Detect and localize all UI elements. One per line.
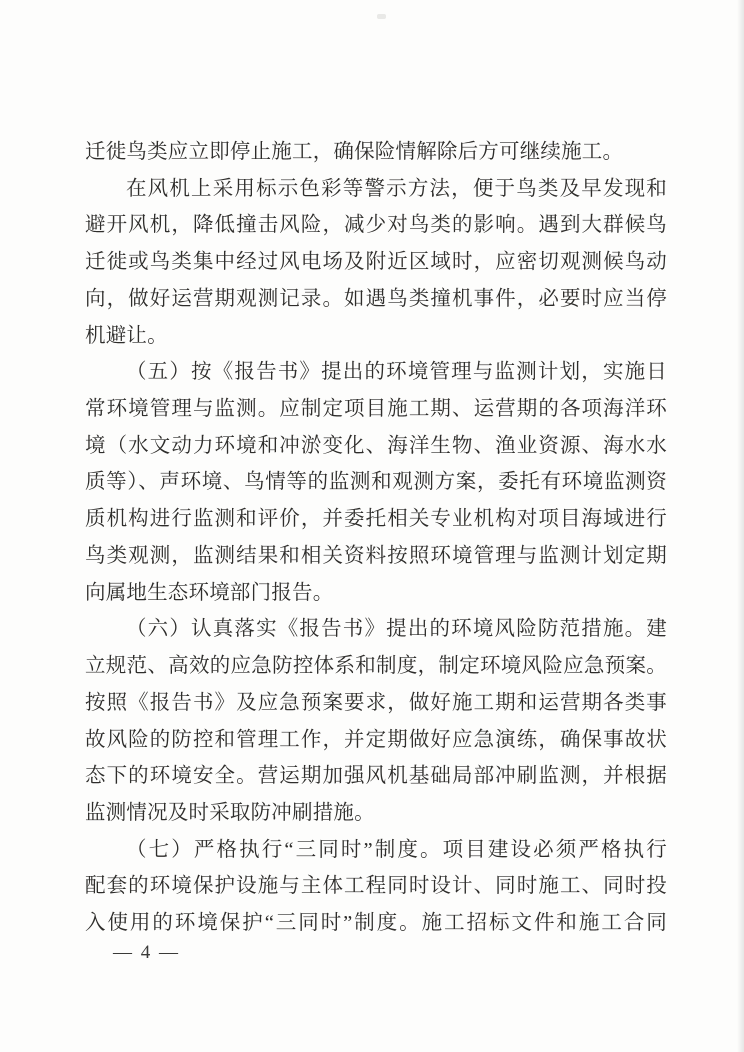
text-line: 故风险的防控和管理工作，并定期做好应急演练，确保事故状 <box>85 722 667 759</box>
text-line: 按照《报告书》及应急预案要求，做好施工期和运营期各类事 <box>85 685 667 722</box>
text-line: 质机构进行监测和评价，并委托相关专业机构对项目海域进行 <box>85 501 667 538</box>
text-line: （五）按《报告书》提出的环境管理与监测计划，实施日 <box>85 354 667 391</box>
text-line: 迁徙或鸟类集中经过风电场及附近区域时，应密切观测候鸟动 <box>85 244 667 281</box>
text-line: （七）严格执行“三同时”制度。项目建设必须严格执行 <box>85 832 667 869</box>
text-line: 在风机上采用标示色彩等警示方法，便于鸟类及早发现和 <box>85 171 667 208</box>
text-line: 常环境管理与监测。应制定项目施工期、运营期的各项海洋环 <box>85 391 667 428</box>
page-number: — 4 — <box>113 942 180 963</box>
text-line: 入使用的环境保护“三同时”制度。施工招标文件和施工合同 <box>85 905 667 942</box>
text-line: 监测情况及时采取防冲刷措施。 <box>85 795 667 832</box>
scan-artifact <box>377 14 386 19</box>
text-line: （六）认真落实《报告书》提出的环境风险防范措施。建 <box>85 611 667 648</box>
scan-edge-shadow <box>737 0 744 1052</box>
text-line: 鸟类观测，监测结果和相关资料按照环境管理与监测计划定期 <box>85 538 667 575</box>
text-line: 立规范、高效的应急防控体系和制度，制定环境风险应急预案。 <box>85 648 667 685</box>
text-line: 质等）、声环境、鸟情等的监测和观测方案，委托有环境监测资 <box>85 464 667 501</box>
document-body-text: 迁徙鸟类应立即停止施工，确保险情解除后方可继续施工。在风机上采用标示色彩等警示方… <box>85 134 667 942</box>
text-line: 机避让。 <box>85 318 667 355</box>
text-line: 态下的环境安全。营运期加强风机基础局部冲刷监测，并根据 <box>85 758 667 795</box>
text-line: 向属地生态环境部门报告。 <box>85 575 667 612</box>
text-line: 迁徙鸟类应立即停止施工，确保险情解除后方可继续施工。 <box>85 134 667 171</box>
text-line: 配套的环境保护设施与主体工程同时设计、同时施工、同时投 <box>85 868 667 905</box>
text-line: 境（水文动力环境和冲淤变化、海洋生物、渔业资源、海水水 <box>85 428 667 465</box>
text-line: 向，做好运营期观测记录。如遇鸟类撞机事件，必要时应当停 <box>85 281 667 318</box>
page-footer: — 4 — <box>113 938 180 968</box>
document-page: 迁徙鸟类应立即停止施工，确保险情解除后方可继续施工。在风机上采用标示色彩等警示方… <box>0 0 744 1052</box>
text-line: 避开风机，降低撞击风险，减少对鸟类的影响。遇到大群候鸟 <box>85 207 667 244</box>
